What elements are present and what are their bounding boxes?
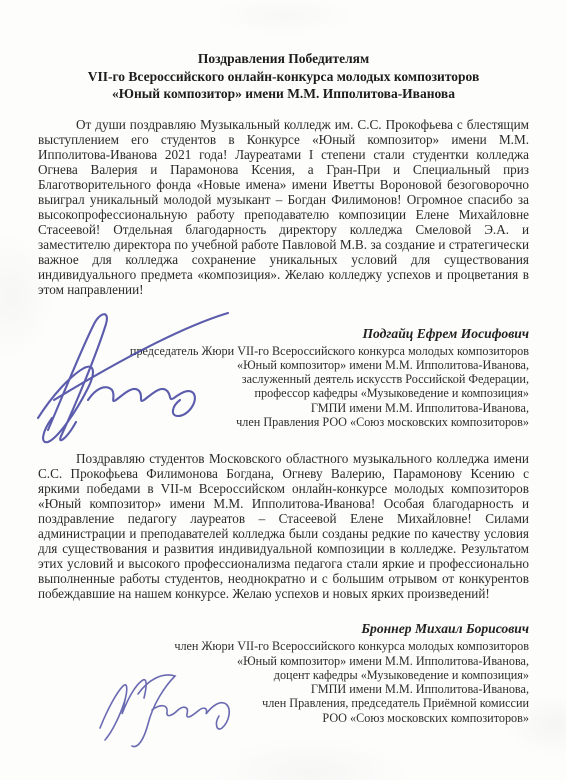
title-line-3: «Юный композитор» имени М.М. Ипполитова-… — [38, 85, 529, 103]
signer1-credential-line: председатель Жюри VII-го Всероссийского … — [38, 344, 529, 358]
signer2-credential-line: член Правления, председатель Приёмной ко… — [38, 696, 529, 710]
signer1-credential-line: профессор кафедры «Музыковедение и компо… — [38, 386, 529, 400]
paragraph-2: Поздравляю студентов Московского областн… — [38, 451, 529, 601]
signer2-credential-line: доцент кафедры «Музыковедение и композиц… — [38, 668, 529, 682]
title-line-1: Поздравления Победителям — [38, 50, 529, 68]
signer1-credential-line: заслуженный деятель искусств Российской … — [38, 372, 529, 386]
signer2-credential-line: член Жюри VII-го Всероссийского конкурса… — [38, 639, 529, 653]
signer2-credential-line: «Юный композитор» имени М.М. Ипполитова-… — [38, 654, 529, 668]
signer2-block: Броннер Михаил Борисович член Жюри VII-г… — [38, 621, 529, 725]
title-line-2: VII-го Всероссийского онлайн-конкурса мо… — [38, 68, 529, 86]
letter-content: Поздравления Победителям VII-го Всеросси… — [0, 0, 566, 725]
signer2-credential-line: РОО «Союз московских композиторов» — [38, 711, 529, 725]
signer1-name: Подгайц Ефрем Иосифович — [38, 326, 529, 342]
letter-page: Поздравления Победителям VII-го Всеросси… — [0, 0, 566, 780]
letter-title: Поздравления Победителям VII-го Всеросси… — [38, 50, 529, 103]
signer1-credential-line: ГМПИ имени М.М. Ипполитова-Иванова, — [38, 401, 529, 415]
signer1-credential-line: «Юный композитор» имени М.М. Ипполитова-… — [38, 358, 529, 372]
paragraph-1: От души поздравляю Музыкальный колледж и… — [38, 117, 529, 297]
signer1-credential-line: член Правления РОО «Союз московских комп… — [38, 415, 529, 429]
signer2-name: Броннер Михаил Борисович — [38, 621, 529, 637]
signer2-credential-line: ГМПИ имени М.М. Ипполитова-Иванова, — [38, 682, 529, 696]
signer1-block: Подгайц Ефрем Иосифович председатель Жюр… — [38, 326, 529, 430]
